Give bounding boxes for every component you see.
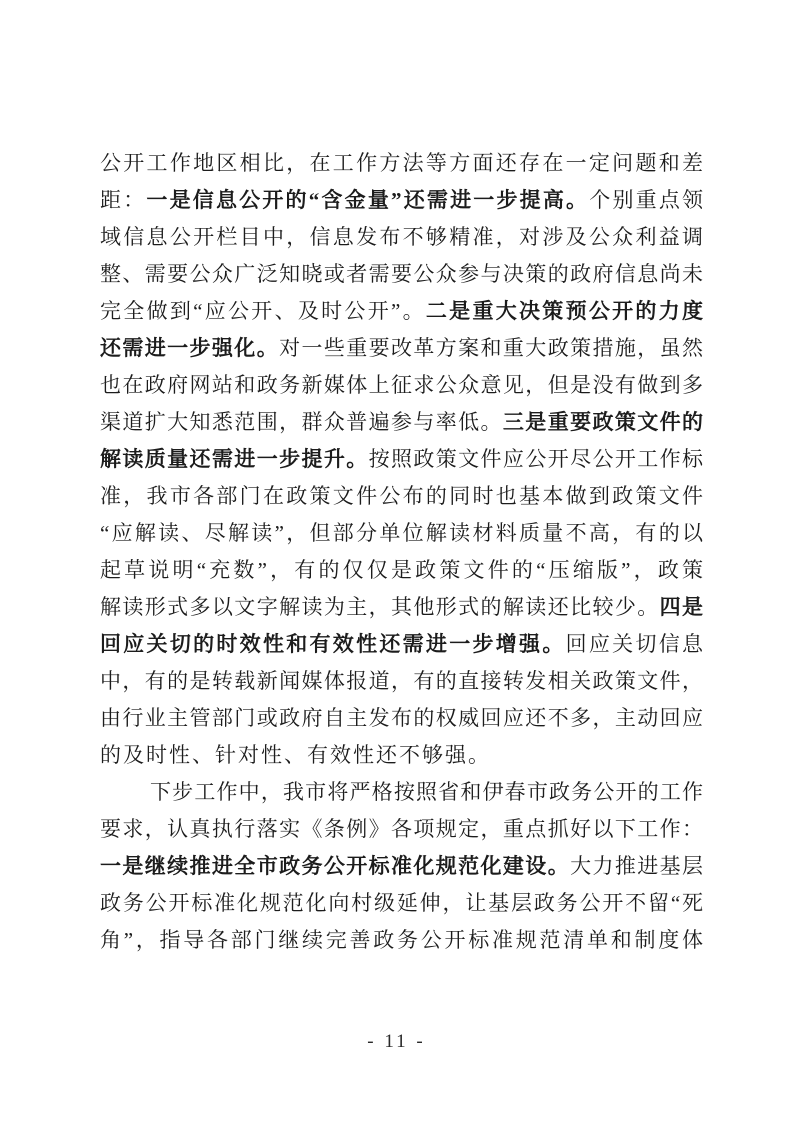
text-line: 整、需要公众广泛知晓或者需要公众参与决策的政府信息尚未 — [100, 256, 703, 293]
emphasis-text: 三是重要政策文件的 — [503, 410, 703, 434]
text-segment: 按照政策文件应公开尽公开工作标 — [369, 447, 703, 471]
text-segment: 公开工作地区相比，在工作方法等方面还存在一定问题和差 — [100, 151, 703, 175]
text-segment: 角”，指导各部门继续完善政务公开标准规范清单和制度体 — [100, 928, 703, 952]
emphasis-text: 四是 — [660, 595, 703, 619]
emphasis-text: 一是继续推进全市政务公开标准化规范化建设。 — [100, 854, 570, 878]
text-line: 下步工作中，我市将严格按照省和伊春市政务公开的工作 — [100, 774, 703, 811]
text-line: 回应关切的时效性和有效性还需进一步增强。回应关切信息 — [100, 626, 703, 663]
document-page: 公开工作地区相比，在工作方法等方面还存在一定问题和差距：一是信息公开的“含金量”… — [0, 0, 793, 1122]
text-segment: 的及时性、针对性、有效性还不够强。 — [100, 743, 491, 767]
text-segment: 回应关切信息 — [566, 632, 703, 656]
text-line: 要求，认真执行落实《条例》各项规定，重点抓好以下工作： — [100, 811, 703, 848]
text-line: 渠道扩大知悉范围，群众普遍参与率低。三是重要政策文件的 — [100, 404, 703, 441]
emphasis-text: 还需进一步强化。 — [100, 336, 279, 360]
text-line: 的及时性、针对性、有效性还不够强。 — [100, 737, 703, 774]
text-line: 解读质量还需进一步提升。按照政策文件应公开尽公开工作标 — [100, 441, 703, 478]
text-line: 一是继续推进全市政务公开标准化规范化建设。大力推进基层 — [100, 848, 703, 885]
text-segment: 距： — [100, 188, 146, 212]
text-segment: 整、需要公众广泛知晓或者需要公众参与决策的政府信息尚未 — [100, 262, 703, 286]
text-segment: 下步工作中，我市将严格按照省和伊春市政务公开的工作 — [150, 780, 703, 804]
text-line: “应解读、尽解读”，但部分单位解读材料质量不高，有的以 — [100, 515, 703, 552]
text-line: 起草说明“充数”，有的仅仅是政策文件的“压缩版”，政策 — [100, 552, 703, 589]
text-segment: 完全做到“应公开、及时公开”。 — [100, 299, 426, 323]
text-line: 完全做到“应公开、及时公开”。二是重大决策预公开的力度 — [100, 293, 703, 330]
text-segment: 渠道扩大知悉范围，群众普遍参与率低。 — [100, 410, 503, 434]
text-segment: 中，有的是转载新闻媒体报道，有的直接转发相关政策文件， — [100, 669, 703, 693]
text-segment: 政务公开标准化规范化向村级延伸，让基层政务公开不留“死 — [100, 891, 703, 915]
text-segment: 也在政府网站和政务新媒体上征求公众意见，但是没有做到多 — [100, 373, 703, 397]
text-segment: 域信息公开栏目中，信息发布不够精准，对涉及公众利益调 — [100, 225, 703, 249]
text-segment: 起草说明“充数”，有的仅仅是政策文件的“压缩版”，政策 — [100, 558, 703, 582]
text-segment: 个别重点领 — [589, 188, 703, 212]
document-body: 公开工作地区相比，在工作方法等方面还存在一定问题和差距：一是信息公开的“含金量”… — [100, 145, 703, 959]
text-segment: 对一些重要改革方案和重大政策措施，虽然 — [279, 336, 703, 360]
text-segment: 由行业主管部门或政府自主发布的权威回应还不多，主动回应 — [100, 706, 703, 730]
text-segment: 要求，认真执行落实《条例》各项规定，重点抓好以下工作： — [100, 817, 703, 841]
emphasis-text: 回应关切的时效性和有效性还需进一步增强。 — [100, 632, 566, 656]
text-line: 政务公开标准化规范化向村级延伸，让基层政务公开不留“死 — [100, 885, 703, 922]
text-segment: “应解读、尽解读”，但部分单位解读材料质量不高，有的以 — [100, 521, 703, 545]
text-segment: 准，我市各部门在政策文件公布的同时也基本做到政策文件 — [100, 484, 703, 508]
text-line: 域信息公开栏目中，信息发布不够精准，对涉及公众利益调 — [100, 219, 703, 256]
text-segment: 解读形式多以文字解读为主，其他形式的解读还比较少。 — [100, 595, 660, 619]
text-line: 距：一是信息公开的“含金量”还需进一步提高。个别重点领 — [100, 182, 703, 219]
text-line: 准，我市各部门在政策文件公布的同时也基本做到政策文件 — [100, 478, 703, 515]
page-number: - 11 - — [0, 1031, 793, 1053]
text-line: 由行业主管部门或政府自主发布的权威回应还不多，主动回应 — [100, 700, 703, 737]
text-segment: 大力推进基层 — [570, 854, 703, 878]
emphasis-text: 一是信息公开的“含金量”还需进一步提高。 — [146, 188, 589, 212]
text-line: 还需进一步强化。对一些重要改革方案和重大政策措施，虽然 — [100, 330, 703, 367]
text-line: 也在政府网站和政务新媒体上征求公众意见，但是没有做到多 — [100, 367, 703, 404]
text-line: 中，有的是转载新闻媒体报道，有的直接转发相关政策文件， — [100, 663, 703, 700]
emphasis-text: 解读质量还需进一步提升。 — [100, 447, 369, 471]
text-line: 解读形式多以文字解读为主，其他形式的解读还比较少。四是 — [100, 589, 703, 626]
text-line: 公开工作地区相比，在工作方法等方面还存在一定问题和差 — [100, 145, 703, 182]
text-line: 角”，指导各部门继续完善政务公开标准规范清单和制度体 — [100, 922, 703, 959]
emphasis-text: 二是重大决策预公开的力度 — [426, 299, 703, 323]
